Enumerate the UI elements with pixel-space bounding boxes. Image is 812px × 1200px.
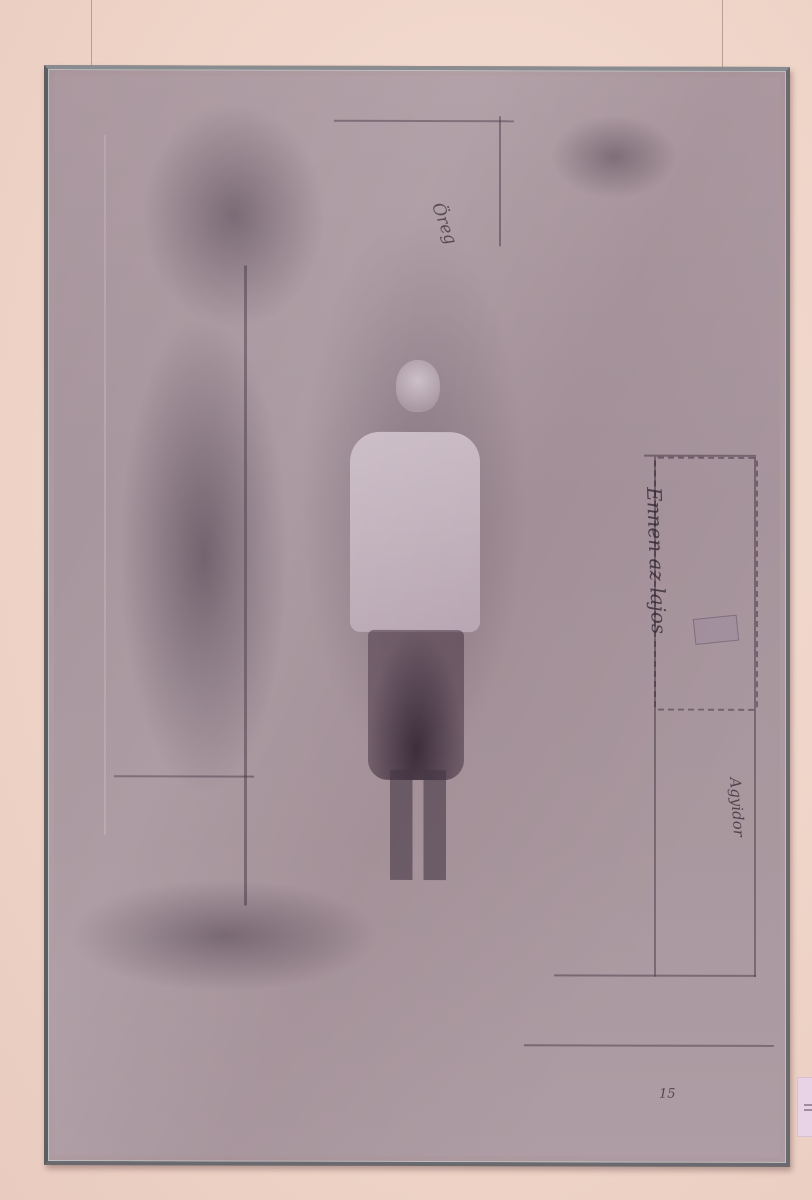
wall-label <box>797 1077 812 1137</box>
figure-skirt <box>368 630 464 780</box>
handwriting-top: Öreg <box>427 200 461 247</box>
handwriting-right-2: Agyidor <box>726 777 748 838</box>
hanging-wire-left <box>91 0 92 72</box>
figure-legs <box>390 770 446 880</box>
postcard-outline <box>654 457 758 711</box>
figure-coat <box>350 432 480 632</box>
label-text-lines <box>804 1104 812 1106</box>
grid-line <box>499 116 501 246</box>
grid-line <box>244 266 247 906</box>
grid-line <box>114 775 254 777</box>
grid-line <box>334 120 514 122</box>
picture-frame: Öreg Ennen az lajos Agyidor 15 <box>44 65 790 1167</box>
artwork: Öreg Ennen az lajos Agyidor 15 <box>54 75 780 1157</box>
hanging-wire-right <box>722 0 723 72</box>
handwriting-right-1: Ennen az lajos <box>642 487 671 635</box>
grid-line <box>554 974 756 977</box>
figure-head <box>396 360 440 412</box>
child-figure <box>350 360 480 880</box>
grid-line <box>104 135 106 835</box>
grid-line <box>524 1044 774 1047</box>
handwriting-bottom: 15 <box>659 1087 676 1102</box>
postage-stamp <box>693 615 739 645</box>
